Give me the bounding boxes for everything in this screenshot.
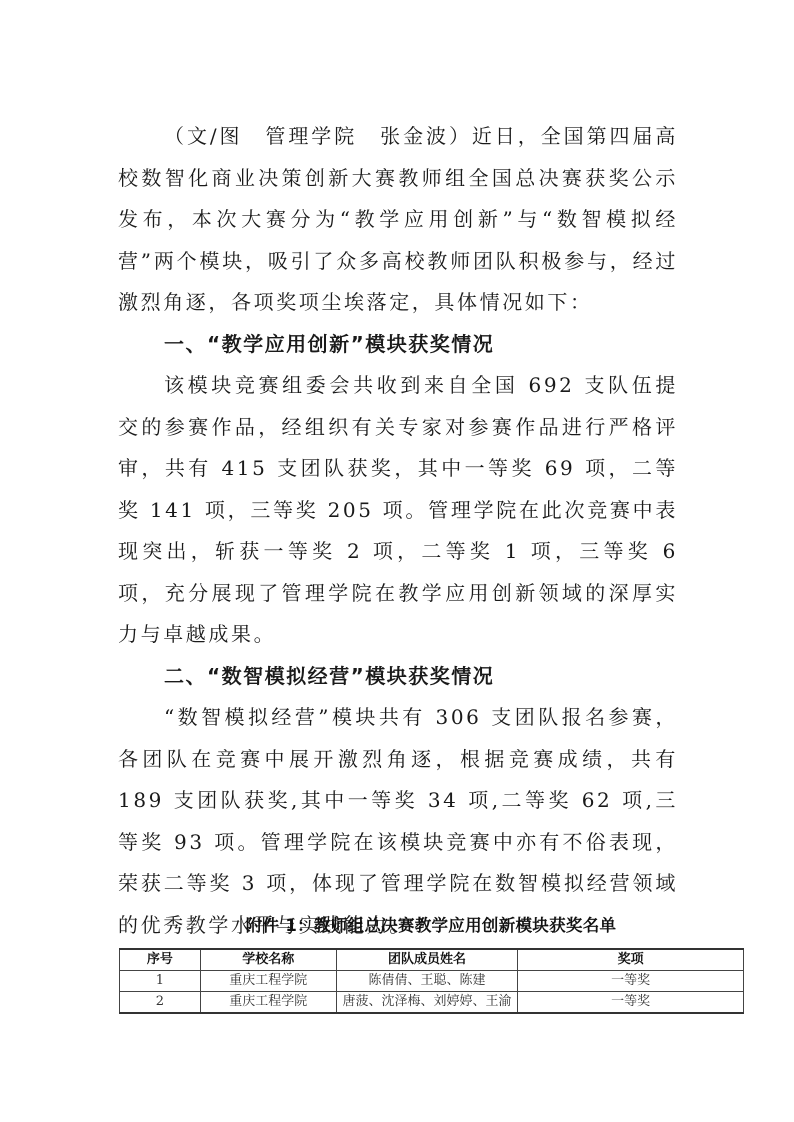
- cell-school: 重庆工程学院: [200, 971, 336, 992]
- article-body: （文/图 管理学院 张金波）近日，全国第四届高校数智化商业决策创新大赛教师组全国…: [118, 116, 678, 946]
- awards-table: 序号 学校名称 团队成员姓名 奖项 1 重庆工程学院 陈倩倩、王聪、陈建 一等奖…: [119, 948, 744, 1014]
- cell-award: 一等奖: [518, 992, 744, 1014]
- section-body-simulation-operation: “数智模拟经营”模块共有 306 支团队报名参赛，各团队在竞赛中展开激烈角逐，根…: [118, 697, 678, 946]
- table-header-row: 序号 学校名称 团队成员姓名 奖项: [120, 949, 744, 971]
- column-header-members: 团队成员姓名: [336, 949, 518, 971]
- cell-school: 重庆工程学院: [200, 992, 336, 1014]
- column-header-award: 奖项: [518, 949, 744, 971]
- attachment-caption: 附件 1：教师组总决赛教学应用创新模块获奖名单: [118, 912, 744, 936]
- section-body-teaching-innovation: 该模块竞赛组委会共收到来自全国 692 支队伍提交的参赛作品，经组织有关专家对参…: [118, 365, 678, 656]
- intro-paragraph: （文/图 管理学院 张金波）近日，全国第四届高校数智化商业决策创新大赛教师组全国…: [118, 116, 678, 324]
- cell-members: 陈倩倩、王聪、陈建: [336, 971, 518, 992]
- section-heading-teaching-innovation: 一、“教学应用创新”模块获奖情况: [118, 324, 678, 366]
- cell-index: 1: [120, 971, 201, 992]
- section-heading-simulation-operation: 二、“数智模拟经营”模块获奖情况: [118, 656, 678, 698]
- column-header-school: 学校名称: [200, 949, 336, 971]
- document-page: （文/图 管理学院 张金波）近日，全国第四届高校数智化商业决策创新大赛教师组全国…: [0, 0, 794, 1122]
- cell-award: 一等奖: [518, 971, 744, 992]
- table-row: 1 重庆工程学院 陈倩倩、王聪、陈建 一等奖: [120, 971, 744, 992]
- table-row: 2 重庆工程学院 唐菠、沈泽梅、刘婷婷、王渝 一等奖: [120, 992, 744, 1014]
- cell-index: 2: [120, 992, 201, 1014]
- column-header-index: 序号: [120, 949, 201, 971]
- cell-members: 唐菠、沈泽梅、刘婷婷、王渝: [336, 992, 518, 1014]
